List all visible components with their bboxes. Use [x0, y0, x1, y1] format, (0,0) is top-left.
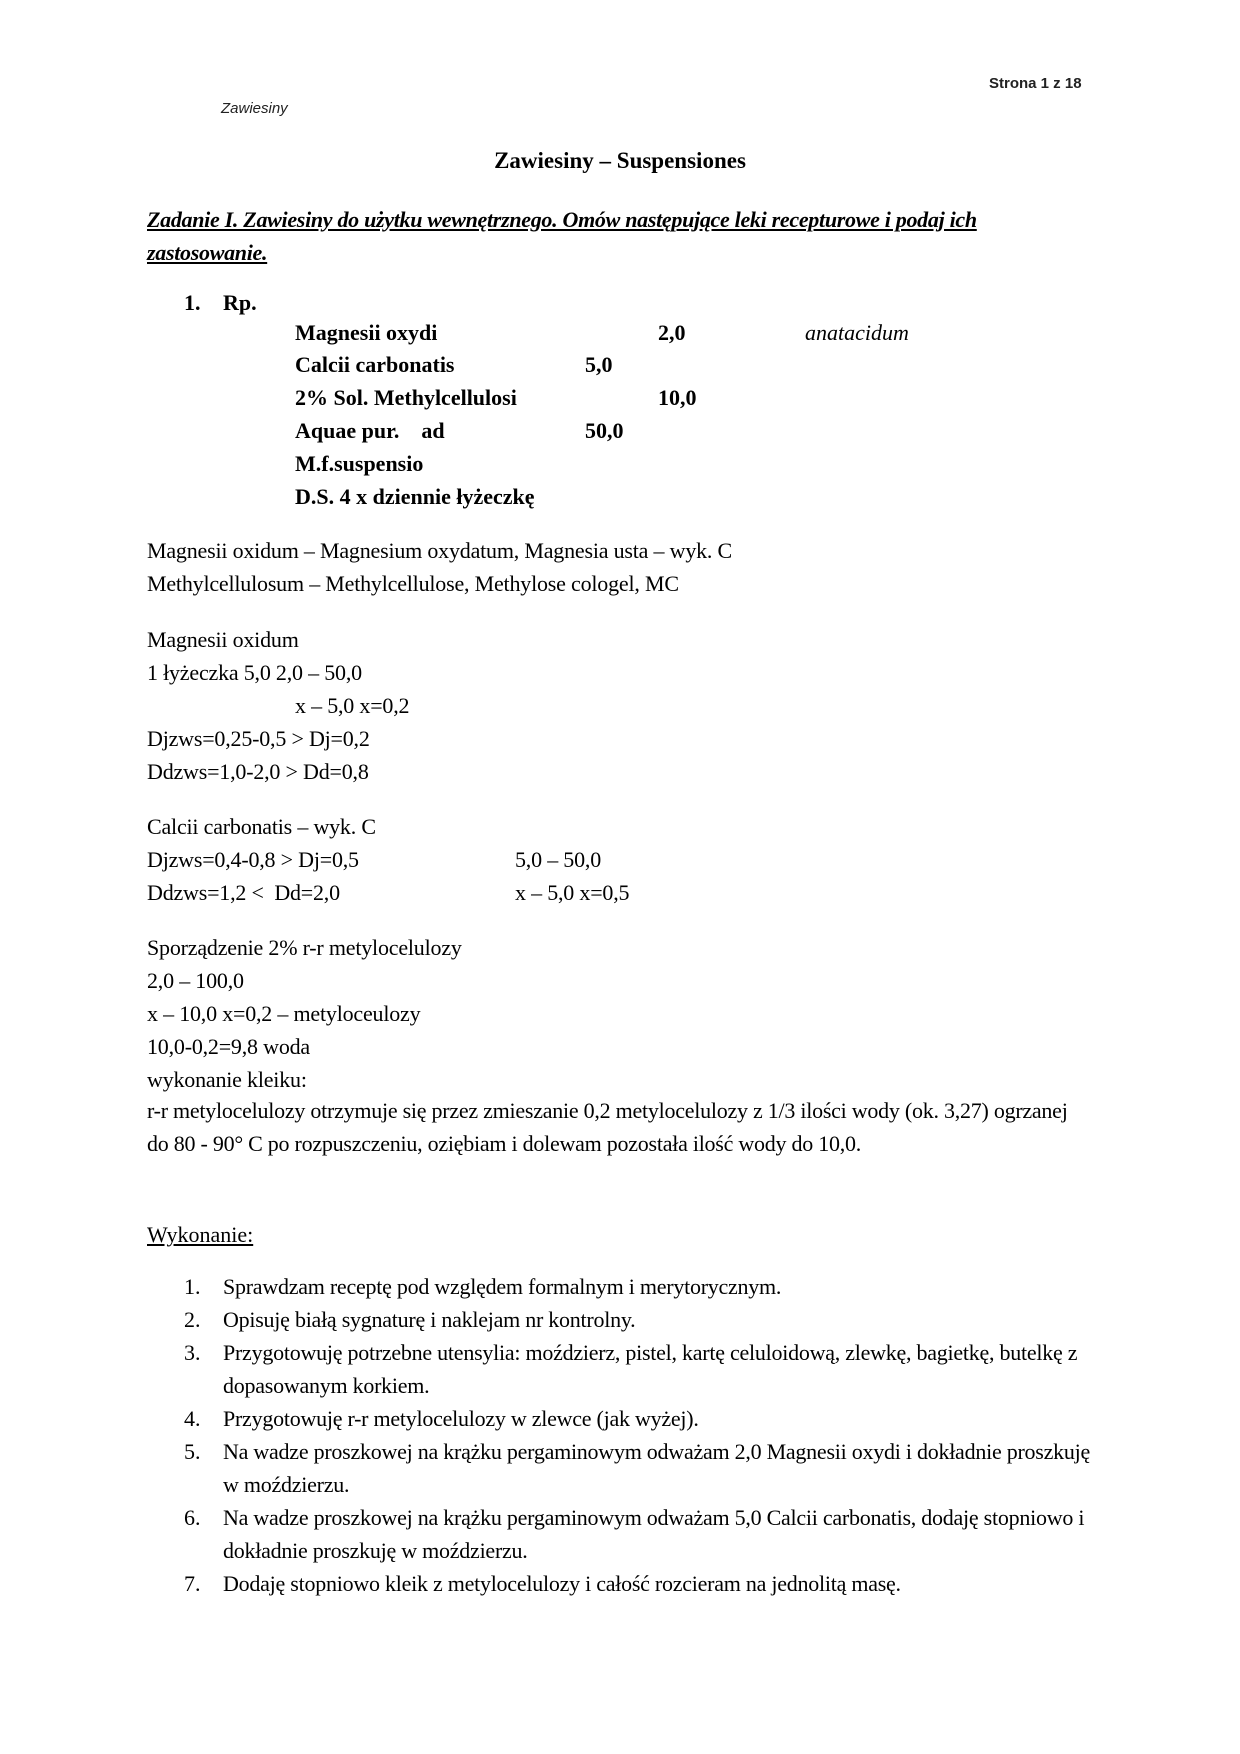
step-text: Na wadze proszkowej na krążku pergaminow… — [223, 1501, 1093, 1567]
calc-line: 1 łyżeczka 5,0 2,0 – 50,0 — [147, 660, 362, 686]
synonym-line: Methylcellulosum – Methylcellulose, Meth… — [147, 571, 679, 597]
calc-line: 10,0-0,2=9,8 woda — [147, 1034, 310, 1060]
ingredient-name: Magnesii oxydi — [295, 320, 437, 346]
ingredient-qty: 2,0 — [658, 320, 686, 346]
task-heading: Zadanie I. Zawiesiny do użytku wewnętrzn… — [147, 203, 1097, 269]
calc-line: 5,0 – 50,0 — [515, 847, 601, 873]
calc-line: x – 5,0 x=0,2 — [295, 693, 409, 719]
step-number: 7. — [184, 1567, 201, 1600]
dose-line: Djzws=0,25-0,5 > Dj=0,2 — [147, 726, 370, 752]
step-text: Dodaję stopniowo kleik z metylocelulozy … — [223, 1567, 1093, 1600]
step-text: Opisuję białą sygnaturę i naklejam nr ko… — [223, 1303, 1093, 1336]
prescription-number: 1. — [184, 290, 201, 316]
calc-line: x – 10,0 x=0,2 – metyloceulozy — [147, 1001, 420, 1027]
dose-line: Ddzws=1,2 < Dd=2,0 — [147, 880, 340, 906]
step-number: 3. — [184, 1336, 201, 1369]
page-number: Strona 1 z 18 — [989, 75, 1082, 92]
ingredient-qty: 5,0 — [585, 352, 613, 378]
step-number: 4. — [184, 1402, 201, 1435]
subheading: wykonanie kleiku: — [147, 1067, 307, 1093]
ingredient-qty: 50,0 — [585, 418, 624, 444]
step-text: Sprawdzam receptę pod względem formalnym… — [223, 1270, 1093, 1303]
running-header: Zawiesiny — [221, 100, 288, 117]
procedure-heading: Wykonanie: — [147, 1222, 253, 1248]
prescription-label: Rp. — [223, 290, 257, 316]
calc-line: x – 5,0 x=0,5 — [515, 880, 629, 906]
prescription-mf: M.f.suspensio — [295, 451, 423, 477]
step-number: 6. — [184, 1501, 201, 1534]
ingredient-name: 2% Sol. Methylcellulosi — [295, 385, 517, 411]
prescription-ds: D.S. 4 x dziennie łyżeczkę — [295, 484, 535, 510]
calc-line: 2,0 – 100,0 — [147, 968, 244, 994]
ingredient-name: Calcii carbonatis — [295, 352, 455, 378]
ingredient-qty: 10,0 — [658, 385, 697, 411]
calcium-heading: Calcii carbonatis – wyk. C — [147, 814, 376, 840]
dose-line: Ddzws=1,0-2,0 > Dd=0,8 — [147, 759, 369, 785]
step-number: 5. — [184, 1435, 201, 1468]
step-text: Na wadze proszkowej na krążku pergaminow… — [223, 1435, 1093, 1501]
step-number: 1. — [184, 1270, 201, 1303]
step-text: Przygotowuję r-r metylocelulozy w zlewce… — [223, 1402, 1093, 1435]
step-text: Przygotowuję potrzebne utensylia: moździ… — [223, 1336, 1093, 1402]
magnesium-heading: Magnesii oxidum — [147, 627, 299, 653]
dose-line: Djzws=0,4-0,8 > Dj=0,5 — [147, 847, 359, 873]
ingredient-note: anatacidum — [805, 320, 909, 346]
step-number: 2. — [184, 1303, 201, 1336]
ingredient-name: Aquae pur. ad — [295, 418, 445, 444]
document-title: Zawiesiny – Suspensiones — [0, 148, 1240, 174]
synonym-line: Magnesii oxidum – Magnesium oxydatum, Ma… — [147, 538, 732, 564]
solution-paragraph: r-r metylocelulozy otrzymuje się przez z… — [147, 1094, 1092, 1160]
solution-heading: Sporządzenie 2% r-r metylocelulozy — [147, 935, 462, 961]
document-page: Strona 1 z 18 Zawiesiny Zawiesiny – Susp… — [0, 0, 1240, 1754]
